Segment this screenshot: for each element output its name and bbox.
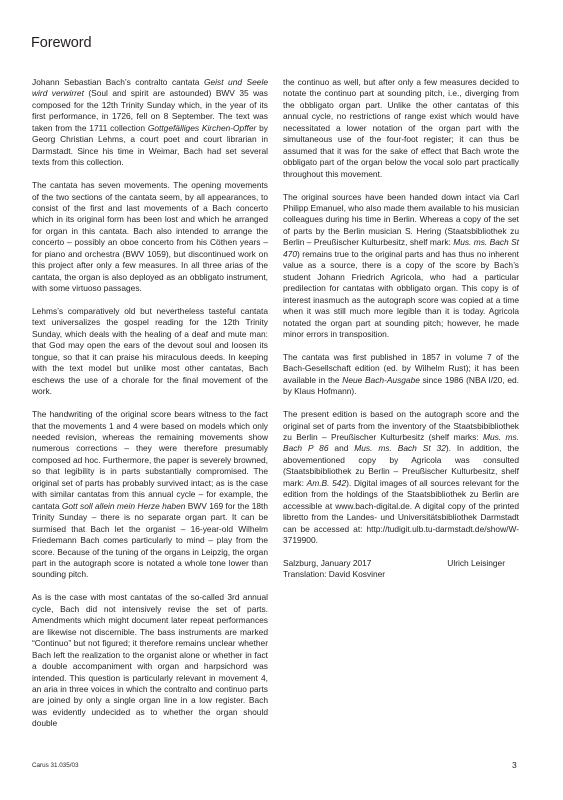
catalog-number: Carus 31.035/03 (32, 762, 79, 769)
paragraph-text: Lehms’s comparatively old but neverthele… (32, 306, 268, 398)
paragraph-sources: The original sources have been handed do… (283, 192, 519, 341)
page-title: Foreword (31, 35, 91, 51)
shelf-mark: Mus. ms. Bach St 32 (354, 443, 446, 453)
right-column: the continuo as well, but after only a f… (283, 77, 519, 581)
page-number: 3 (512, 760, 517, 770)
place-date: Salzburg, January 2017 (283, 558, 371, 569)
paragraph-movements: The cantata has seven movements. The ope… (32, 180, 268, 295)
text-run: BWV 169 for the 18th Trinity Sunday – th… (32, 501, 268, 580)
signature-line: Salzburg, January 2017 Ulrich Leisinger (283, 558, 519, 569)
edition-title: Neue Bach-Ausgabe (342, 375, 420, 385)
paragraph-intro: Johann Sebastian Bach’s contralto cantat… (32, 77, 268, 169)
collection-title: Gottgefälli­ges Kirchen-Opffer (148, 123, 256, 133)
text-run: ) remains true to the original parts and… (283, 249, 519, 339)
shelf-mark: Am.B. 542 (307, 478, 346, 488)
translator-credit: Translation: David Kosviner (283, 569, 519, 580)
paragraph-present-edition: The present edition is based on the auto… (283, 409, 519, 546)
text-run: Johann Sebastian Bach’s contralto cantat… (32, 77, 204, 87)
paragraph-continuo: the continuo as well, but after only a f… (283, 77, 519, 180)
author-name: Ulrich Leisinger (447, 558, 505, 569)
text-run: and (329, 443, 355, 453)
left-column: Johann Sebastian Bach’s contralto cantat… (32, 77, 268, 730)
paragraph-handwriting: The handwriting of the original score be… (32, 409, 268, 581)
text-run: The handwriting of the original score be… (32, 409, 268, 511)
paragraph-revision: As is the case with most cantatas of the… (32, 592, 268, 729)
cantata-title: Gott soll allein mein Herze haben (62, 501, 186, 511)
paragraph-publication: The cantata was first published in 1857 … (283, 352, 519, 398)
